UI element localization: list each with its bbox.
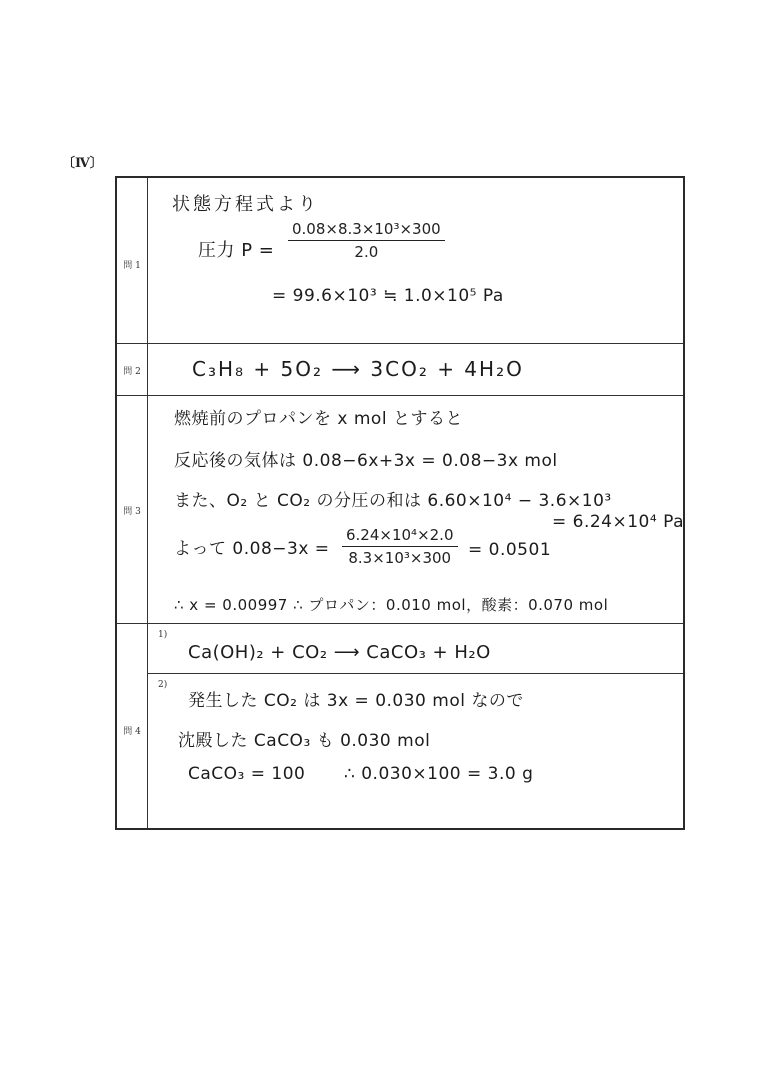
answer-line: ∴ 0.030×100 = 3.0 g <box>344 764 533 784</box>
question-row-2: 問 2 C₃H₈ + 5O₂ ⟶ 3CO₂ + 4H₂O <box>117 343 683 396</box>
sub-question-label: 2) <box>158 680 167 690</box>
equation: Ca(OH)₂ + CO₂ ⟶ CaCO₃ + H₂O <box>188 642 491 663</box>
fraction-numerator: 0.08×8.3×10³×300 <box>288 220 445 241</box>
answer-cell: C₃H₈ + 5O₂ ⟶ 3CO₂ + 4H₂O <box>148 344 683 396</box>
answer-line: CaCO₃ = 100 <box>188 764 305 784</box>
answer-line: 沈殿した CaCO₃ も 0.030 mol <box>178 726 430 751</box>
answer-line: 反応後の気体は 0.08−6x+3x = 0.08−3x mol <box>174 446 558 471</box>
equation: C₃H₈ + 5O₂ ⟶ 3CO₂ + 4H₂O <box>192 357 524 381</box>
question-row-1: 問 1 状態方程式より 圧力 P = 0.08×8.3×10³×300 2.0 … <box>117 178 683 343</box>
answer-line: よって 0.08−3x = <box>174 534 330 559</box>
answer-line: 状態方程式より <box>172 190 319 216</box>
section-label: 〔Ⅳ〕 <box>62 152 103 171</box>
question-label: 問 4 <box>117 724 147 737</box>
answer-cell: 燃焼前のプロパンを x mol とすると 反応後の気体は 0.08−6x+3x … <box>148 396 683 624</box>
answer-line: = 6.24×10⁴ Pa <box>552 512 684 532</box>
answer-line: 圧力 P = <box>198 236 274 262</box>
question-row-3: 問 3 燃焼前のプロパンを x mol とすると 反応後の気体は 0.08−6x… <box>117 395 683 624</box>
answer-line: ∴ x = 0.00997 ∴ プロパン：0.010 mol，酸素：0.070 … <box>174 594 608 615</box>
answer-line: また、O₂ と CO₂ の分圧の和は 6.60×10⁴ − 3.6×10³ <box>174 486 612 511</box>
answer-table: 問 1 状態方程式より 圧力 P = 0.08×8.3×10³×300 2.0 … <box>115 176 685 830</box>
question-label: 問 1 <box>117 258 147 271</box>
fraction-numerator: 6.24×10⁴×2.0 <box>342 526 458 547</box>
fraction-denominator: 2.0 <box>288 241 445 261</box>
answer-line: = 99.6×10³ ≒ 1.0×10⁵ Pa <box>272 286 504 306</box>
answer-line: 燃焼前のプロパンを x mol とすると <box>174 404 463 429</box>
question-row-4: 問 4 1) Ca(OH)₂ + CO₂ ⟶ CaCO₃ + H₂O 2) 発生… <box>117 623 683 831</box>
sub-question-label: 1) <box>158 630 167 640</box>
fraction: 0.08×8.3×10³×300 2.0 <box>288 220 445 261</box>
fraction-denominator: 8.3×10³×300 <box>342 547 458 567</box>
answer-cell: 状態方程式より 圧力 P = 0.08×8.3×10³×300 2.0 = 99… <box>148 178 683 343</box>
fraction: 6.24×10⁴×2.0 8.3×10³×300 <box>342 526 458 567</box>
answer-line: 発生した CO₂ は 3x = 0.030 mol なので <box>188 686 524 711</box>
question-label: 問 3 <box>117 504 147 517</box>
answer-cell: 1) Ca(OH)₂ + CO₂ ⟶ CaCO₃ + H₂O 2) 発生した C… <box>148 624 683 831</box>
answer-line: = 0.0501 <box>468 540 551 560</box>
question-label: 問 2 <box>117 364 147 377</box>
sub-row-divider <box>148 673 683 674</box>
